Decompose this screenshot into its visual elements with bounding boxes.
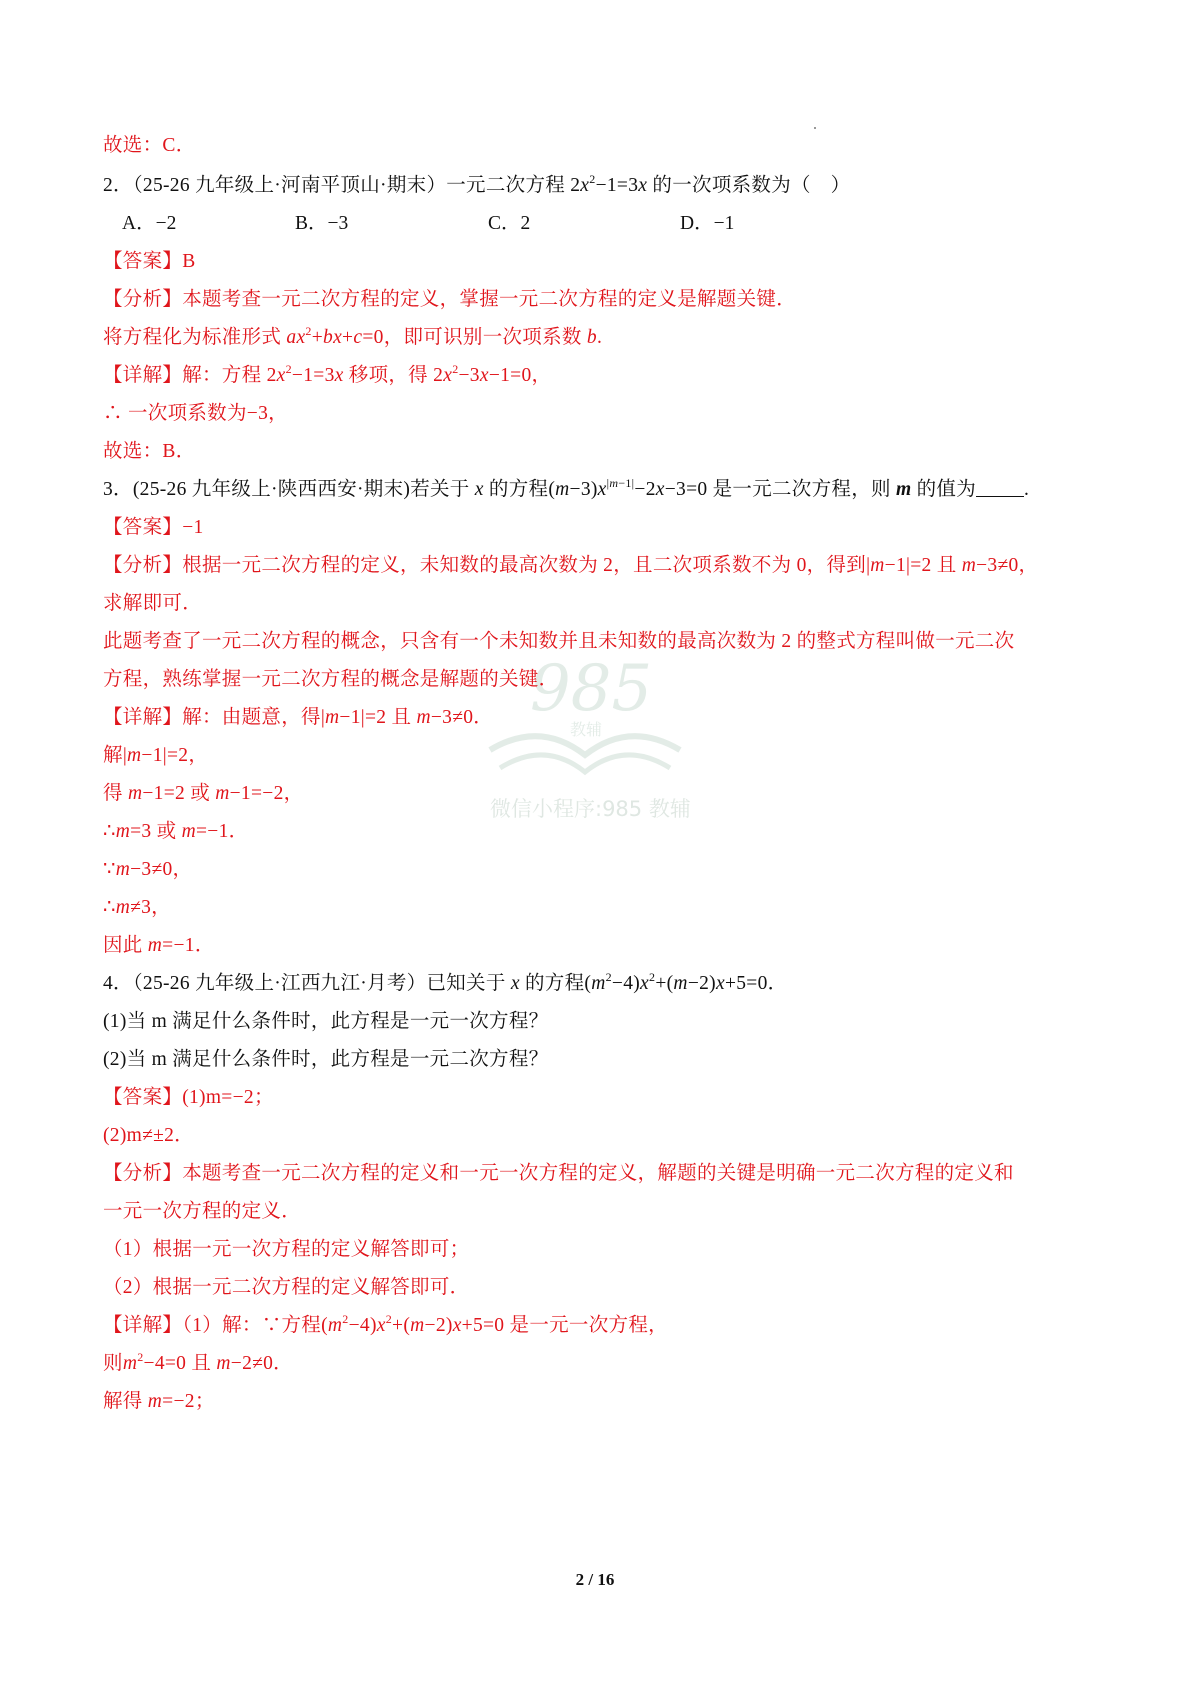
q2-analysis-2-suffix: ，即可识别一次项系数 xyxy=(384,327,587,348)
q2-analysis-2-prefix: 将方程化为标准形式 xyxy=(103,327,286,348)
q4-detail-1-suffix: 是一元一次方程， xyxy=(510,1315,668,1336)
because-symbol: ∵ xyxy=(103,859,116,880)
q2-detail-2: ∴ 一次项系数为−3， xyxy=(103,402,288,426)
q3-detail-1-prefix: 解：由题意，得 xyxy=(182,707,321,728)
q4-answer-1: 【答案】(1)m=−2； xyxy=(103,1086,274,1110)
q3-analysis-1: 【分析】根据一元二次方程的定义，未知数的最高次数为 2，且二次项系数不为 0，得… xyxy=(103,554,1038,578)
q4-detail-3: 解得 m=−2； xyxy=(103,1390,215,1414)
q4-analysis-3: （1）根据一元一次方程的定义解答即可； xyxy=(103,1238,469,1262)
q3-stem-mid: 的方程 xyxy=(484,479,549,500)
q2-eq-coef: 2 xyxy=(570,175,580,196)
q3-detail-6: ∴m≠3， xyxy=(103,896,171,920)
q4-stem-mid: 的方程 xyxy=(520,973,585,994)
q3-detail-7-prefix: 因此 xyxy=(103,935,148,956)
q3-stem-suffix: 是一元二次方程，则 xyxy=(713,479,896,500)
q2-answer-value: B xyxy=(182,251,195,272)
q4-detail-2: 则m2−4=0 且 m−2≠0． xyxy=(103,1352,293,1376)
q3-stem-prefix: 3．(25-26 九年级上·陕西西安·期末)若关于 xyxy=(103,479,475,500)
q2-eq-rest: −1=3 xyxy=(596,175,639,196)
q4-answer-2: (2)m≠±2． xyxy=(103,1124,194,1148)
q3-analysis-3: 此题考查了一元二次方程的概念，只含有一个未知数并且未知数的最高次数为 2 的整式… xyxy=(103,630,1014,654)
q2-stem-prefix: 2．（25-26 九年级上·河南平顶山·期末）一元二次方程 xyxy=(103,175,570,196)
q4-detail-2-prefix: 则 xyxy=(103,1353,123,1374)
analysis-tag: 【分析】 xyxy=(103,1163,182,1184)
q2-detail-1: 【详解】解：方程 2x2−1=3x 移项，得 2x2−3x−1=0， xyxy=(103,364,551,388)
q2-stem: 2．（25-26 九年级上·河南平顶山·期末）一元二次方程 2x2−1=3x 的… xyxy=(103,174,850,198)
q4-detail-1: 【详解】（1）解：∵方程(m2−4)x2+(m−2)x+5=0 是一元一次方程， xyxy=(103,1314,668,1338)
q2-analysis-text: 本题考查一元二次方程的定义，掌握一元二次方程的定义是解题关键． xyxy=(182,289,796,310)
document-page: 985 教辅 微信小程序:985 教辅 故选：C． 2．（25-26 九年级上·… xyxy=(0,0,1190,1683)
stray-mark xyxy=(814,127,816,129)
q3-stem: 3．(25-26 九年级上·陕西西安·期末)若关于 x 的方程(m−3)x|m−… xyxy=(103,478,1029,502)
watermark-caption: 微信小程序:985 教辅 xyxy=(490,793,691,823)
q3-analysis-1-prefix: 根据一元二次方程的定义，未知数的最高次数为 2，且二次项系数不为 0，得到 xyxy=(182,555,866,576)
q4-answer-1-value: (1)m=−2； xyxy=(182,1087,274,1108)
q2-option-a: A．−2 xyxy=(122,212,176,236)
detail-tag: 【详解】 xyxy=(103,365,182,386)
q4-stem: 4．（25-26 九年级上·江西九江·月考）已知关于 x 的方程(m2−4)x2… xyxy=(103,972,787,996)
answer-blank xyxy=(976,478,1024,497)
q3-detail-7: 因此 m=−1． xyxy=(103,934,215,958)
q3-detail-3-prefix: 得 xyxy=(103,783,128,804)
q2-eq-var2: x xyxy=(638,175,647,196)
q3-detail-2: 解|m−1|=2， xyxy=(103,744,208,768)
q2-answer: 【答案】B xyxy=(103,250,196,274)
q2-option-d: D．−1 xyxy=(680,212,734,236)
detail-tag: 【详解】 xyxy=(103,1315,182,1336)
q1-conclusion: 故选：C． xyxy=(103,134,196,158)
analysis-tag: 【分析】 xyxy=(103,289,182,310)
q2-detail-1-prefix: 解：方程 xyxy=(182,365,266,386)
answer-tag: 【答案】 xyxy=(103,251,182,272)
q3-stem-end: 的值为 xyxy=(911,479,976,500)
q3-detail-4: ∴m=3 或 m=−1． xyxy=(103,820,248,844)
q4-detail-1-prefix: （1）解：∵方程 xyxy=(182,1315,321,1336)
detail-tag: 【详解】 xyxy=(103,707,182,728)
q2-conclusion: 故选：B． xyxy=(103,440,196,464)
q4-analysis-4: （2）根据一元二次方程的定义解答即可． xyxy=(103,1276,469,1300)
q3-detail-5: ∵m−3≠0， xyxy=(103,858,192,882)
q3-answer: 【答案】−1 xyxy=(103,516,204,540)
therefore-symbol: ∴ xyxy=(103,897,116,918)
q4-analysis-2: 一元一次方程的定义． xyxy=(103,1200,301,1224)
q3-detail-1: 【详解】解：由题意，得|m−1|=2 且 m−3≠0． xyxy=(103,706,493,730)
page-number: 2 / 16 xyxy=(0,1570,1190,1590)
q4-analysis-1-text: 本题考查一元二次方程的定义和一元一次方程的定义，解题的关键是明确一元二次方程的定… xyxy=(182,1163,1014,1184)
q3-answer-value: −1 xyxy=(182,517,203,538)
q3-analysis-4: 方程，熟练掌握一元二次方程的概念是解题的关键． xyxy=(103,668,558,692)
q3-detail-3: 得 m−1=2 或 m−1=−2， xyxy=(103,782,303,806)
therefore-symbol: ∴ xyxy=(103,821,116,842)
q2-detail-1-mid: 移项，得 xyxy=(344,365,434,386)
q2-analysis-1: 【分析】本题考查一元二次方程的定义，掌握一元二次方程的定义是解题关键． xyxy=(103,288,796,312)
answer-tag: 【答案】 xyxy=(103,1087,182,1108)
q3-analysis-1-suffix: 且 xyxy=(937,555,962,576)
q3-analysis-2: 求解即可． xyxy=(103,592,202,616)
q4-analysis-1: 【分析】本题考查一元二次方程的定义和一元一次方程的定义，解题的关键是明确一元二次… xyxy=(103,1162,1014,1186)
q2-analysis-2: 将方程化为标准形式 ax2+bx+c=0，即可识别一次项系数 b. xyxy=(103,326,602,350)
svg-text:教辅: 教辅 xyxy=(570,720,602,739)
q4-sub-1: (1)当 m 满足什么条件时，此方程是一元一次方程？ xyxy=(103,1010,548,1034)
q2-option-c: C．2 xyxy=(488,212,530,236)
q3-detail-2-prefix: 解 xyxy=(103,745,123,766)
q2-option-b: B．−3 xyxy=(295,212,348,236)
q4-sub-2: (2)当 m 满足什么条件时，此方程是一元二次方程？ xyxy=(103,1048,548,1072)
analysis-tag: 【分析】 xyxy=(103,555,182,576)
answer-tag: 【答案】 xyxy=(103,517,182,538)
q4-stem-prefix: 4．（25-26 九年级上·江西九江·月考）已知关于 xyxy=(103,973,511,994)
q2-stem-suffix: 的一次项系数为（ ） xyxy=(647,175,850,196)
q2-eq-var: x xyxy=(580,175,589,196)
q4-detail-3-prefix: 解得 xyxy=(103,1391,148,1412)
